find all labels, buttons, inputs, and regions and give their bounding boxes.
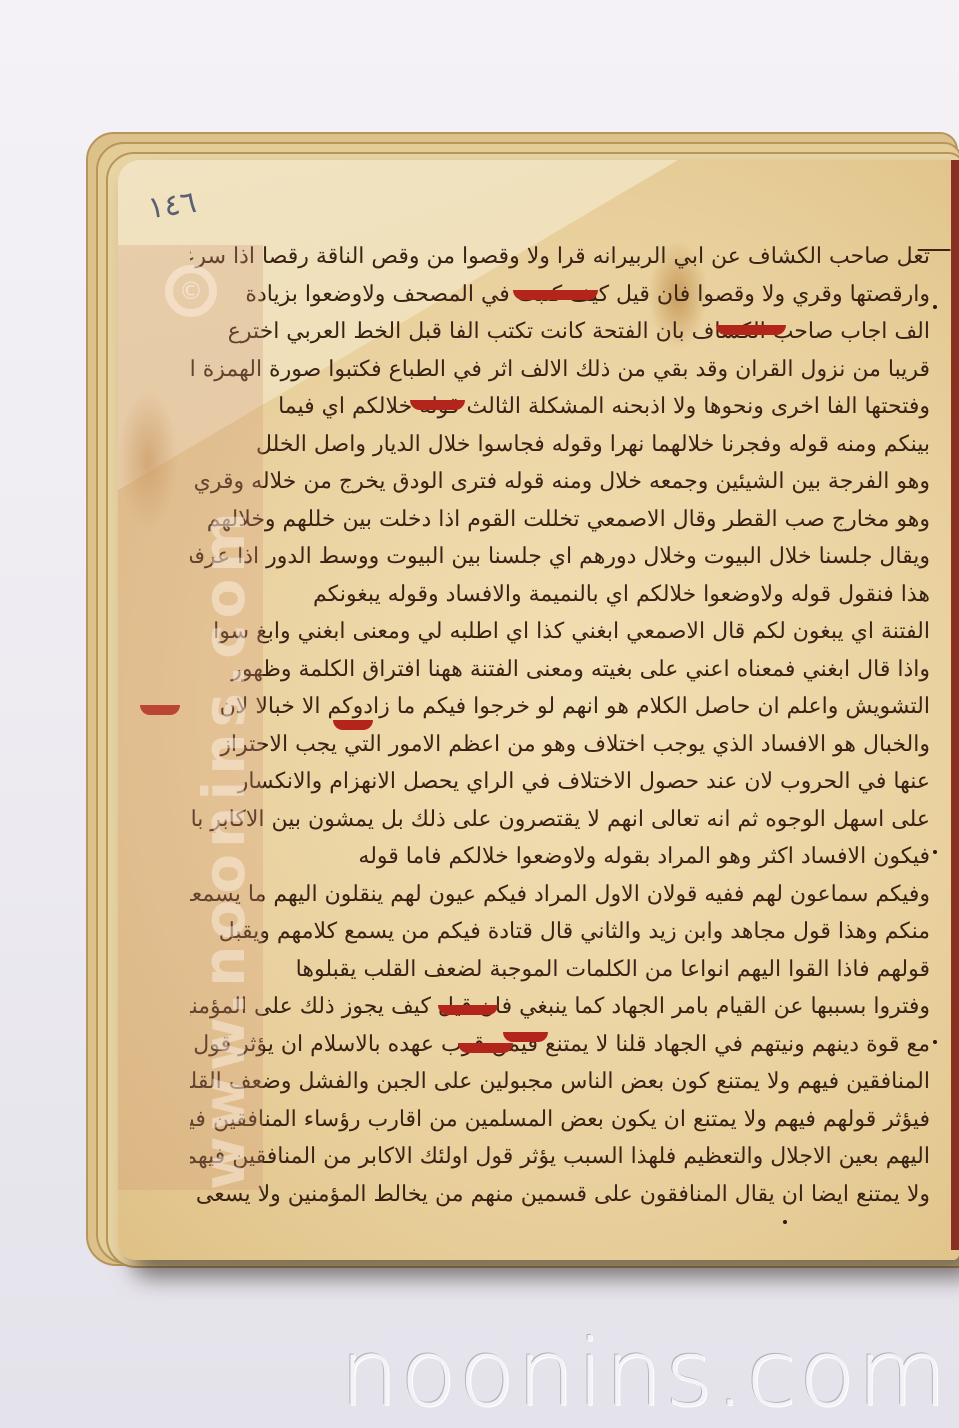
text-line: عنها في الحروب لان عند حصول الاختلاف في … [190, 763, 930, 801]
text-line: قريبا من نزول القران وقد بقي من ذلك الال… [190, 351, 930, 389]
red-rubric-mark [410, 400, 465, 410]
copyright-icon: © [165, 265, 217, 317]
red-rubric-mark [333, 720, 373, 730]
text-line: واذا قال ابغني فمعناه اعني على بغيته ومع… [190, 651, 930, 689]
text-line: والخبال هو الافساد الذي يوجب اختلاف وهو … [190, 726, 930, 764]
text-line: وهو مخارج صب القطر وقال الاصمعي تخللت ال… [190, 501, 930, 539]
bottom-watermark: noonins.com [340, 1320, 949, 1427]
text-line: وفيكم سماعون لهم ففيه قولان الاول المراد… [190, 876, 930, 914]
text-line: وفتروا بسببها عن القيام بامر الجهاد كما … [190, 988, 930, 1026]
margin-dot [933, 850, 937, 854]
margin-dot [933, 305, 937, 309]
manuscript-text: تعل صاحب الكشاف عن ابي الربيرانه قرا ولا… [190, 238, 930, 1213]
red-rubric-mark [458, 1043, 513, 1053]
margin-dot [783, 1220, 787, 1224]
text-line: فيؤثر قولهم فيهم ولا يمتنع ان يكون بعض ا… [190, 1101, 930, 1139]
margin-dot [933, 1040, 937, 1044]
text-line: هذا فنقول قوله ولاوضعوا خلالكم اي بالنمي… [190, 576, 930, 614]
red-rubric-mark [438, 1005, 498, 1015]
text-line: قولهم فاذا القوا اليهم انواعا من الكلمات… [190, 951, 930, 989]
vertical-watermark: www.noonins.com [190, 506, 258, 1190]
text-line: على اسهل الوجوه ثم انه تعالى انهم لا يقت… [190, 801, 930, 839]
text-line: وهو الفرجة بين الشيئين وجمعه خلال ومنه ق… [190, 463, 930, 501]
red-rubric-mark [503, 1032, 548, 1042]
text-line: الف اجاب صاحب الكشاف بان الفتحة كانت تكت… [190, 313, 930, 351]
folio-number: ١٤٦ [146, 185, 199, 226]
text-line: مع قوة دينهم ونيتهم في الجهاد قلنا لا يم… [190, 1026, 930, 1064]
text-line: الفتنة اي يبغون لكم قال الاصمعي ابغني كذ… [190, 613, 930, 651]
red-binding-edge [951, 160, 959, 1250]
text-line: فيكون الافساد اكثر وهو المراد بقوله ولاو… [190, 838, 930, 876]
red-rubric-mark [513, 290, 598, 300]
text-line: وفتحتها الفا اخرى ونحوها ولا اذبحنه المش… [190, 388, 930, 426]
text-line: تعل صاحب الكشاف عن ابي الربيرانه قرا ولا… [190, 238, 930, 276]
text-line: ويقال جلسنا خلال البيوت وخلال دورهم اي ج… [190, 538, 930, 576]
red-rubric-mark [716, 325, 786, 335]
text-line: المنافقين فيهم ولا يمتنع كون بعض الناس م… [190, 1063, 930, 1101]
text-line: منكم وهذا قول مجاهد وابن زيد والثاني قال… [190, 913, 930, 951]
text-line: بينكم ومنه قوله وفجرنا خلالهما نهرا وقول… [190, 426, 930, 464]
text-line: ولا يمتنع ايضا ان يقال المنافقون على قسم… [190, 1176, 930, 1214]
text-line: التشويش واعلم ان حاصل الكلام هو انهم لو … [190, 688, 930, 726]
text-line: اليهم بعين الاجلال والتعظيم فلهذا السبب … [190, 1138, 930, 1176]
